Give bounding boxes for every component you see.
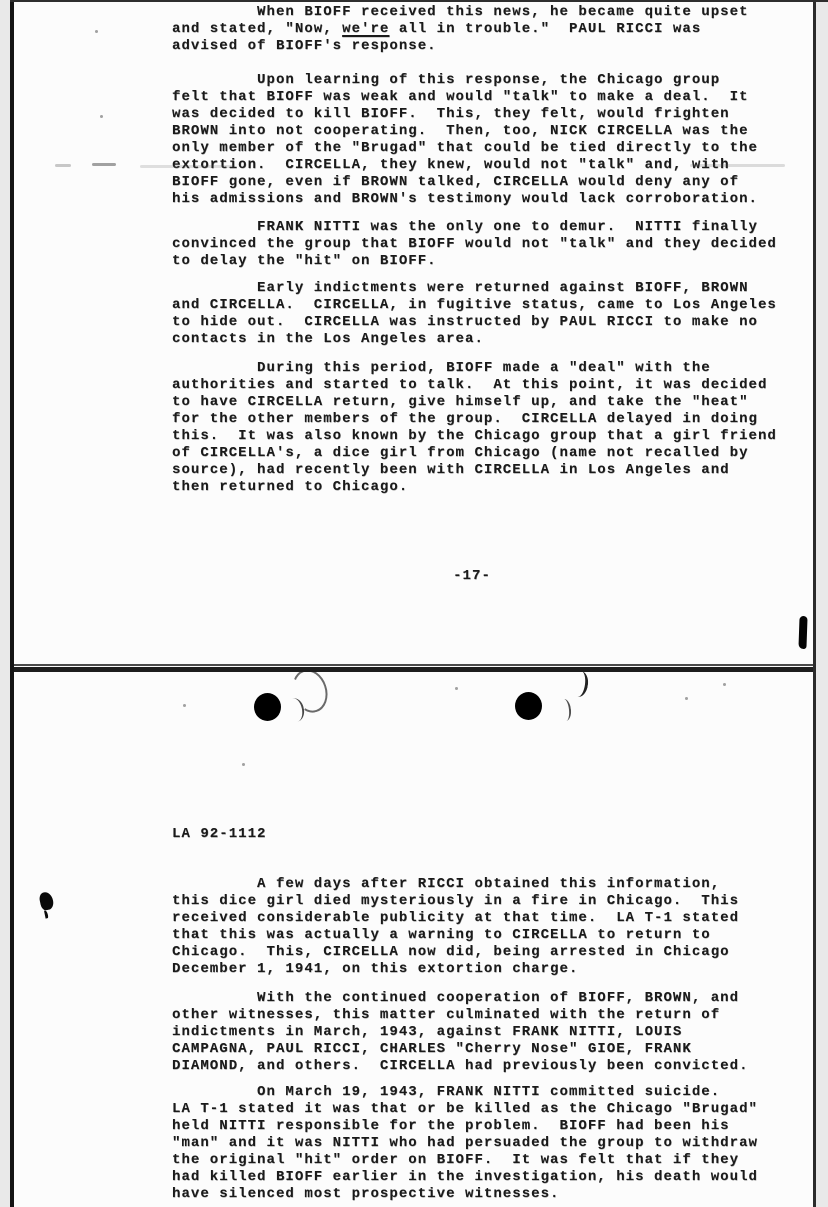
scan-edge-right [816,0,828,1207]
text-line: only member of the "Brugad" that could b… [172,140,758,157]
text-line: the original "hit" order on BIOFF. It wa… [172,1152,758,1169]
text-line: for the other members of the group. CIRC… [172,411,777,428]
scan-smudge [690,164,785,167]
text-line: held NITTI responsible for the problem. … [172,1118,758,1135]
text-line: to delay the "hit" on BIOFF. [172,253,777,270]
text-line: indictments in March, 1943, against FRAN… [172,1024,749,1041]
scan-edge-left [0,0,10,1207]
scan-smudge [55,164,71,167]
text-line: DIAMOND, and others. CIRCELLA had previo… [172,1058,749,1075]
hole-punch-mark [254,693,281,721]
text-line: to hide out. CIRCELLA was instructed by … [172,314,777,331]
scanned-document: When BIOFF received this news, he became… [0,0,828,1207]
hole-punch-mark [515,692,542,720]
text-line: that this was actually a warning to CIRC… [172,927,739,944]
text-line: to have CIRCELLA return, give himself up… [172,394,777,411]
text-line: BROWN into not cooperating. Then, too, N… [172,123,758,140]
text-line: his admissions and BROWN's testimony wou… [172,191,758,208]
text-line: of CIRCELLA's, a dice girl from Chicago … [172,445,777,462]
text-line: this. It was also known by the Chicago g… [172,428,777,445]
text-line: Chicago. This, CIRCELLA now did, being a… [172,944,739,961]
text-line: CAMPAGNA, PAUL RICCI, CHARLES "Cherry No… [172,1041,749,1058]
text-line: contacts in the Los Angeles area. [172,331,777,348]
text-line: LA T-1 stated it was that or be killed a… [172,1101,758,1118]
scan-smudge [140,165,235,168]
paragraph: During this period, BIOFF made a "deal" … [172,360,777,496]
text-line: With the continued cooperation of BIOFF,… [172,990,749,1007]
text-line: During this period, BIOFF made a "deal" … [172,360,777,377]
ink-blot [798,616,807,649]
text-line: then returned to Chicago. [172,479,777,496]
text-line: had killed BIOFF earlier in the investig… [172,1169,758,1186]
page-border-right [813,0,816,1207]
noise-speck [183,704,186,707]
text-line: FRANK NITTI was the only one to demur. N… [172,219,777,236]
noise-speck [455,687,458,690]
paragraph: When BIOFF received this news, he became… [172,4,749,55]
page-border-top [10,0,828,2]
pen-curl-mark [558,698,572,721]
page-divider [10,664,828,666]
text-line: have silenced most prospective witnesses… [172,1186,758,1203]
underlined-text: we're [342,21,389,37]
paragraph: A few days after RICCI obtained this inf… [172,876,739,978]
paragraph: Early indictments were returned against … [172,280,777,348]
noise-speck [723,683,726,686]
text-line: received considerable publicity at that … [172,910,739,927]
text-line: When BIOFF received this news, he became… [172,4,749,21]
noise-speck [685,697,688,700]
noise-speck [95,30,98,33]
page-border-left [10,0,14,1207]
noise-speck [100,115,103,118]
page-divider [10,667,828,672]
text-line: this dice girl died mysteriously in a fi… [172,893,739,910]
page-number: -17- [172,568,772,585]
text-line: source), had recently been with CIRCELLA… [172,462,777,479]
text-line: Upon learning of this response, the Chic… [172,72,758,89]
text-line: extortion. CIRCELLA, they knew, would no… [172,157,758,174]
paragraph: Upon learning of this response, the Chic… [172,72,758,208]
paragraph: On March 19, 1943, FRANK NITTI committed… [172,1084,758,1203]
text-line: and CIRCELLA. CIRCELLA, in fugitive stat… [172,297,777,314]
text-line: advised of BIOFF's response. [172,38,749,55]
text-line: Early indictments were returned against … [172,280,777,297]
paragraph: FRANK NITTI was the only one to demur. N… [172,219,777,270]
text-line: On March 19, 1943, FRANK NITTI committed… [172,1084,758,1101]
ink-blot [38,891,54,911]
pen-curl-mark [569,670,589,698]
text-line: December 1, 1941, on this extortion char… [172,961,739,978]
text-line: A few days after RICCI obtained this inf… [172,876,739,893]
text-line: convinced the group that BIOFF would not… [172,236,777,253]
file-number: LA 92-1112 [172,826,267,843]
text-line: other witnesses, this matter culminated … [172,1007,749,1024]
paragraph: With the continued cooperation of BIOFF,… [172,990,749,1075]
text-line: and stated, "Now, we're all in trouble."… [172,21,749,38]
text-line: felt that BIOFF was weak and would "talk… [172,89,758,106]
text-line: "man" and it was NITTI who had persuaded… [172,1135,758,1152]
text-line: authorities and started to talk. At this… [172,377,777,394]
text-line: BIOFF gone, even if BROWN talked, CIRCEL… [172,174,758,191]
noise-speck [242,763,245,766]
text-line: was decided to kill BIOFF. This, they fe… [172,106,758,123]
scan-smudge [92,163,116,166]
